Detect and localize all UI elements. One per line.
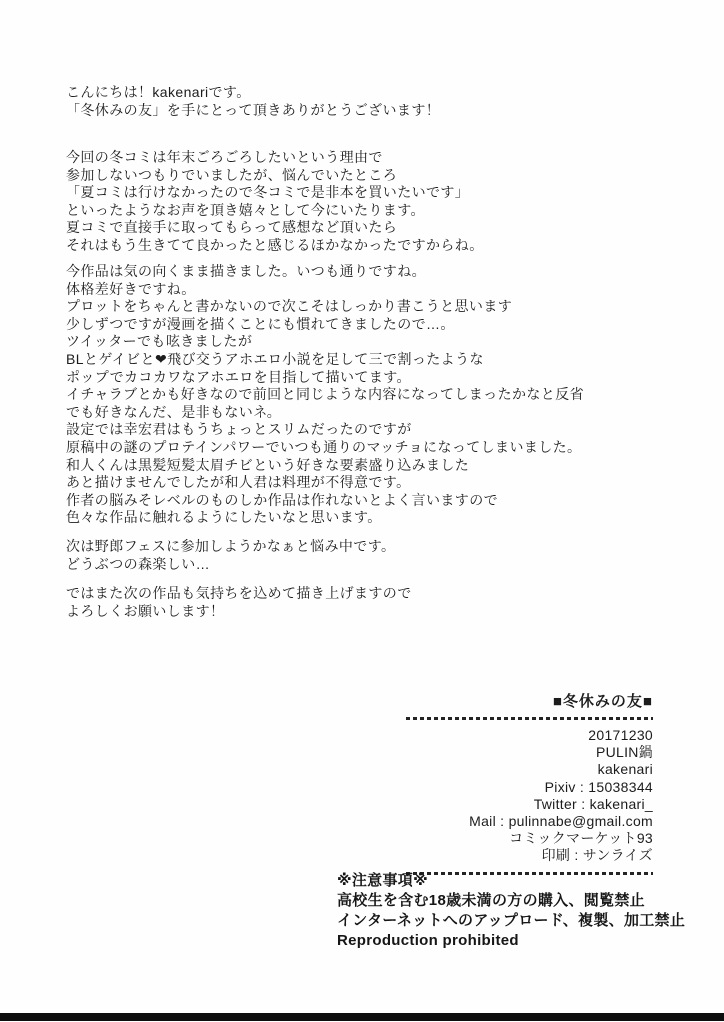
afterword-paragraph-next-plans: 次は野郎フェスに参加しようかなぁと悩み中です。 どうぶつの森楽しい… — [66, 538, 395, 573]
colophon-credits: 20171230 PULIN鍋 kakenari Pixiv : 1503834… — [313, 727, 653, 865]
afterword-paragraph-work-notes: 今作品は気の向くまま描きました。いつも通りですね。 体格差好きですね。 プロット… — [66, 263, 584, 527]
page-bottom-border — [0, 1013, 724, 1021]
afterword-paragraph-greeting: こんにちは！kakenariです。 「冬休みの友」を手にとって頂きありがとうござ… — [66, 84, 440, 119]
dashed-divider-top — [406, 717, 653, 720]
doujinshi-afterword-page: こんにちは！kakenariです。 「冬休みの友」を手にとって頂きありがとうござ… — [0, 0, 724, 1022]
age-restriction-notice: ※注意事項※ 高校生を含む18歳未満の方の購入、閲覧禁止 インターネットへのアッ… — [337, 871, 685, 951]
afterword-paragraph-comiket: 今回の冬コミは年末ごろごろしたいという理由で 参加しないつもりでいましたが、悩ん… — [66, 149, 484, 255]
afterword-paragraph-closing: ではまた次の作品も気持ちを込めて描き上げますので よろしくお願いします！ — [66, 585, 412, 620]
book-title: ■冬休みの友■ — [313, 690, 653, 711]
colophon: ■冬休みの友■ 20171230 PULIN鍋 kakenari Pixiv :… — [313, 690, 653, 875]
